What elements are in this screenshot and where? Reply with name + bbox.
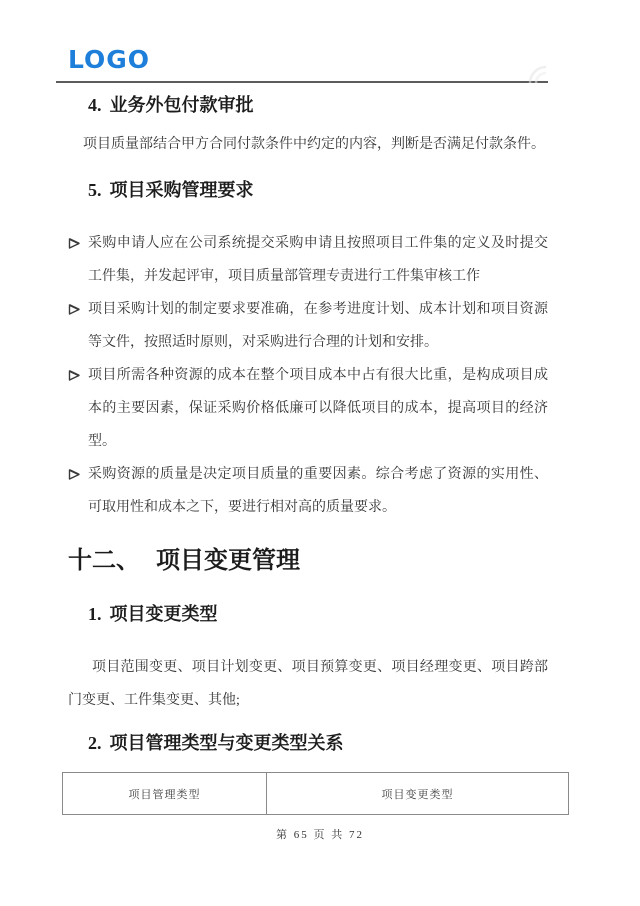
bullet-item: 采购资源的质量是决定项目质量的重要因素。综合考虑了资源的实用性、可取用性和成本之… [68,458,548,524]
table-header-row: 项目管理类型 项目变更类型 [63,773,569,815]
page-footer: 第 65 页 共 72 [0,826,640,842]
document-header: LOGO [56,46,548,83]
bullet-item: 采购申请人应在公司系统提交采购申请且按照项目工件集的定义及时提交工件集，并发起评… [68,227,548,293]
header-swoosh-decoration [524,61,554,85]
subsection-number: 1. [88,604,102,624]
change-types-paragraph: 项目范围变更、项目计划变更、项目预算变更、项目经理变更、项目跨部门变更、工件集变… [68,651,548,717]
arrowhead-right-icon [68,237,81,250]
section-number: 5. [88,180,102,200]
section-heading-5: 5.项目采购管理要求 [88,180,548,201]
section-number: 4. [88,95,102,115]
bullet-text: 采购资源的质量是决定项目质量的重要因素。综合考虑了资源的实用性、可取用性和成本之… [88,467,548,515]
subsection-heading-1: 1.项目变更类型 [88,604,548,625]
bullet-text: 项目所需各种资源的成本在整个项目成本中占有很大比重，是构成项目成本的主要因素，保… [88,368,548,449]
logo-text: LOGO [68,46,150,74]
arrowhead-right-icon [68,468,81,481]
document-page: LOGO 4.业务外包付款审批 项目质量部结合甲方合同付款条件中约定的内容，判断… [0,0,640,906]
chapter-heading: 十二、项目变更管理 [68,546,548,576]
page-content: LOGO 4.业务外包付款审批 项目质量部结合甲方合同付款条件中约定的内容，判断… [0,0,640,815]
section-heading-4: 4.业务外包付款审批 [88,95,548,116]
table-header-cell-change-type: 项目变更类型 [267,773,569,815]
subsection-title: 项目管理类型与变更类型关系 [110,733,344,753]
bullet-text: 采购申请人应在公司系统提交采购申请且按照项目工件集的定义及时提交工件集，并发起评… [88,236,548,284]
arrowhead-right-icon [68,303,81,316]
bullet-item: 项目采购计划的制定要求要准确，在参考进度计划、成本计划和项目资源等文件，按照适时… [68,293,548,359]
arrowhead-right-icon [68,369,81,382]
section-title: 项目采购管理要求 [110,180,254,200]
chapter-title: 项目变更管理 [156,548,300,574]
table-header-cell-management-type: 项目管理类型 [63,773,267,815]
subsection-number: 2. [88,733,102,753]
chapter-number: 十二、 [68,548,140,574]
type-relation-table: 项目管理类型 项目变更类型 [62,772,569,815]
section-4-paragraph: 项目质量部结合甲方合同付款条件中约定的内容，判断是否满足付款条件。 [68,136,548,154]
bullet-text: 项目采购计划的制定要求要准确，在参考进度计划、成本计划和项目资源等文件，按照适时… [88,302,548,350]
section-title: 业务外包付款审批 [110,95,254,115]
subsection-title: 项目变更类型 [110,604,218,624]
subsection-heading-2: 2.项目管理类型与变更类型关系 [88,733,548,754]
bullet-item: 项目所需各种资源的成本在整个项目成本中占有很大比重，是构成项目成本的主要因素，保… [68,359,548,458]
requirement-bullet-list: 采购申请人应在公司系统提交采购申请且按照项目工件集的定义及时提交工件集，并发起评… [68,227,548,524]
